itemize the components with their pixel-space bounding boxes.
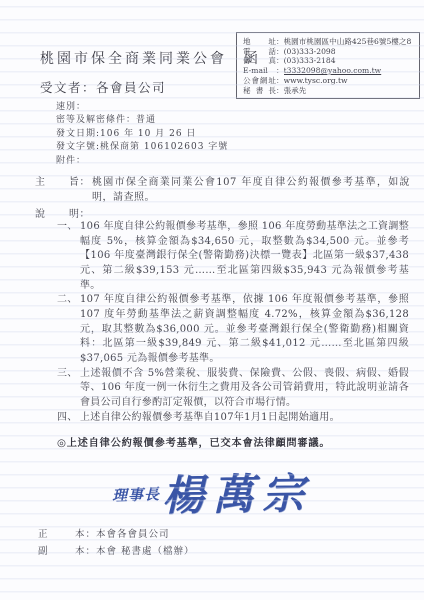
- contact-colon: ：: [276, 66, 284, 76]
- explanation-label: 說 明：: [35, 205, 90, 220]
- explanation-item-3: 三、 上述報價不含 5%營業稅、服裝費、保險費、公假、喪假、病假、婚假等、106…: [57, 367, 409, 411]
- contact-email-value: t3332098@yahoo.com.tw: [284, 66, 413, 76]
- contact-colon: ：: [276, 86, 284, 96]
- distribution-copy: 副 本：本會 秘書處（檔辦）: [38, 544, 195, 561]
- contact-colon: ：: [276, 56, 284, 66]
- meta-attachment: 附件：: [56, 155, 228, 168]
- contact-row-address: 地址：桃園市桃園區中山路425巷6號5樓之8: [243, 37, 413, 47]
- meta-issue-date: 發文日期:106 年 10 月 26 日: [56, 128, 228, 141]
- contact-row-email: E-mail：t3332098@yahoo.com.tw: [243, 66, 413, 76]
- document-title: 桃園市保全商業同業公會 函: [40, 48, 261, 68]
- distribution-original: 正 本：本會各會員公司: [38, 527, 195, 544]
- distribution-value: 本：本會 秘書處（檔辦）: [75, 544, 195, 561]
- item-number: 三、: [57, 367, 80, 411]
- contact-phone-value: (03)333-2098: [284, 47, 413, 57]
- subject-label-second: 旨：: [69, 176, 90, 205]
- recipient-line: 受文者：各會員公司: [40, 78, 166, 96]
- contact-fax-value: (03)333-2184: [284, 56, 413, 66]
- subject-text: 桃園市保全商業同業公會107 年度自律公約報價參考基準，如說明，請查照。: [92, 176, 410, 205]
- legal-review-note: ◎上述自律公約報價參考基準，已交本會法律顧問審議。: [57, 434, 409, 449]
- explanation-label-first: 說: [35, 205, 46, 220]
- meta-security: 密等及解密條件：普通: [56, 114, 228, 127]
- chairman-signature: 理事長 楊萬宗: [0, 462, 424, 522]
- distribution-label: 正: [38, 527, 75, 544]
- contact-label: 電話: [243, 47, 276, 57]
- subject-label-first: 主: [35, 176, 46, 205]
- subject-section: 主 旨： 桃園市保全商業同業公會107 年度自律公約報價參考基準，如說明，請查照…: [35, 176, 410, 205]
- contact-row-phone: 電話：(03)333-2098: [243, 47, 413, 57]
- item-text: 上述自律公約報價參考基準自107年1月1日起開始適用。: [80, 411, 409, 426]
- item-number: 四、: [57, 411, 80, 426]
- explanation-item-1: 一、 106 年度自律公約報價參考基準，參照 106 年度勞動基準法之工資調整幅…: [57, 220, 409, 293]
- contact-website-value: www.tysc.org.tw: [284, 76, 413, 86]
- item-number: 一、: [57, 220, 80, 293]
- meta-doc-number: 發文字號:桃保商第 106102603 字號: [56, 141, 228, 154]
- subject-label: 主 旨：: [35, 176, 92, 205]
- contact-secretary-value: 張承先: [284, 86, 413, 96]
- contact-label: E-mail: [243, 66, 276, 76]
- contact-colon: ：: [276, 47, 284, 57]
- item-text: 107 年度自律公約報價參考基準，依據 106 年度報價參考基準，參照 107 …: [80, 293, 409, 366]
- contact-label: 秘書長: [243, 86, 276, 96]
- signature-title: 理事長: [112, 483, 161, 506]
- contact-colon: ：: [276, 37, 284, 47]
- contact-colon: ：: [276, 76, 284, 86]
- contact-label: 公會網址: [243, 76, 276, 86]
- distribution-section: 正 本：本會各會員公司 副 本：本會 秘書處（檔辦）: [38, 527, 195, 561]
- distribution-value: 本：本會各會員公司: [75, 527, 170, 544]
- item-text: 上述報價不含 5%營業稅、服裝費、保險費、公假、喪假、病假、婚假等、106 年度…: [80, 367, 409, 411]
- explanation-item-2: 二、 107 年度自律公約報價參考基準，依據 106 年度報價參考基準，參照 1…: [57, 293, 409, 366]
- explanation-label-second: 明：: [69, 205, 90, 220]
- explanation-item-4: 四、 上述自律公約報價參考基準自107年1月1日起開始適用。: [57, 411, 409, 426]
- contact-row-website: 公會網址：www.tysc.org.tw: [243, 76, 413, 86]
- contact-label: 傳真: [243, 56, 276, 66]
- document-page: 桃園市保全商業同業公會 函 受文者：各會員公司 地址：桃園市桃園區中山路425巷…: [0, 0, 424, 600]
- contact-row-secretary: 秘書長：張承先: [243, 86, 413, 96]
- signature-name: 楊萬宗: [161, 461, 312, 524]
- contact-address-value: 桃園市桃園區中山路425巷6號5樓之8: [284, 37, 413, 47]
- contact-info-box: 地址：桃園市桃園區中山路425巷6號5樓之8 電話：(03)333-2098 傳…: [236, 32, 420, 99]
- item-number: 二、: [57, 293, 80, 366]
- meta-speed: 速別：: [56, 101, 228, 114]
- document-meta: 速別： 密等及解密條件：普通 發文日期:106 年 10 月 26 日 發文字號…: [56, 101, 228, 168]
- explanation-items: 一、 106 年度自律公約報價參考基準，參照 106 年度勞動基準法之工資調整幅…: [57, 220, 409, 425]
- contact-row-fax: 傳真：(03)333-2184: [243, 56, 413, 66]
- distribution-label: 副: [38, 544, 75, 561]
- item-text: 106 年度自律公約報價參考基準，參照 106 年度勞動基準法之工資調整幅度 5…: [80, 220, 409, 293]
- contact-label: 地址: [243, 37, 276, 47]
